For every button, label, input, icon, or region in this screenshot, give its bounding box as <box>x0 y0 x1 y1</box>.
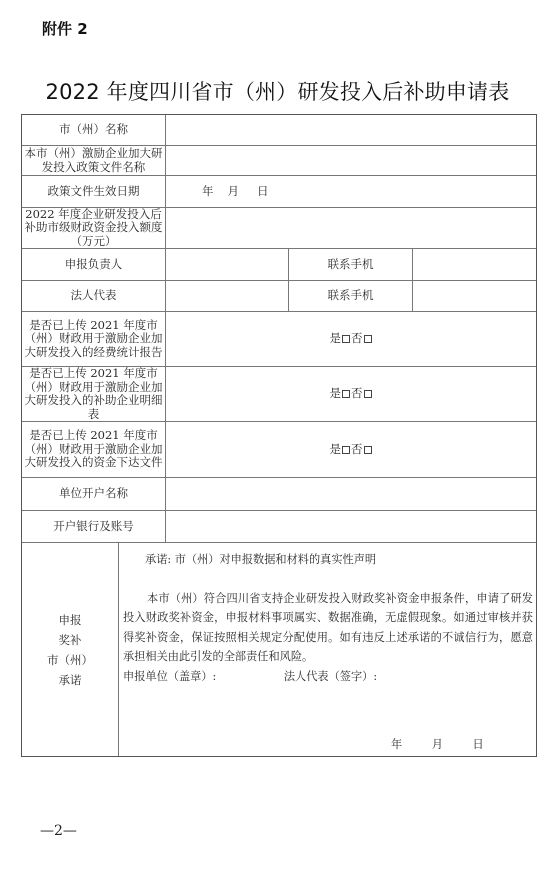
field-bank-account[interactable] <box>166 511 536 542</box>
month-label: 月 <box>432 738 443 751</box>
row-effective-date: 政策文件生效日期 年 月 日 <box>22 176 536 208</box>
field-account-name[interactable] <box>166 478 536 510</box>
pledge-side-label: 申报 奖补 市（州） 承诺 <box>22 543 119 756</box>
row-funding-amount: 2022 年度企业研发投入后补助市级财政资金投入额度（万元） <box>22 208 536 249</box>
label-effective-date: 政策文件生效日期 <box>22 176 166 207</box>
label-applicant-phone: 联系手机 <box>289 249 413 280</box>
field-city-name[interactable] <box>166 115 536 145</box>
no-checkbox[interactable] <box>364 446 372 454</box>
pledge-body: 本市（州）符合四川省支持企业研发投入财政奖补资金申报条件，申请了研发投入财政奖补… <box>123 589 533 667</box>
label-applicant: 申报负责人 <box>22 249 166 280</box>
year-label: 年 <box>202 185 214 199</box>
side-label-line: 承诺 <box>59 670 82 690</box>
yes-checkbox[interactable] <box>342 446 350 454</box>
yes-label: 是 <box>330 387 342 401</box>
field-applicant[interactable] <box>166 249 289 280</box>
unit-seal-label: 申报单位（盖章）: <box>123 670 216 683</box>
year-label: 年 <box>391 738 402 751</box>
legal-rep-sign-label: 法人代表（签字）: <box>284 670 377 683</box>
no-checkbox[interactable] <box>364 335 372 343</box>
row-pledge: 申报 奖补 市（州） 承诺 承诺: 市（州）对申报数据和材料的真实性声明 本市（… <box>22 543 536 756</box>
label-upload-subsidy-detail: 是否已上传 2021 年度市（州）财政用于激励企业加大研发投入的补助企业明细表 <box>22 367 166 421</box>
row-applicant: 申报负责人 联系手机 <box>22 249 536 281</box>
month-label: 月 <box>228 185 240 199</box>
row-upload-subsidy-detail: 是否已上传 2021 年度市（州）财政用于激励企业加大研发投入的补助企业明细表 … <box>22 367 536 422</box>
label-upload-fund-document: 是否已上传 2021 年度市（州）财政用于激励企业加大研发投入的资金下达文件 <box>22 422 166 477</box>
label-funding-amount: 2022 年度企业研发投入后补助市级财政资金投入额度（万元） <box>22 208 166 248</box>
field-applicant-phone[interactable] <box>413 249 536 280</box>
field-legal-rep-phone[interactable] <box>413 281 536 311</box>
side-label-line: 市（州） <box>47 650 93 670</box>
label-legal-rep-phone: 联系手机 <box>289 281 413 311</box>
yes-no-choice: 是 否 <box>166 367 536 421</box>
page-number: —2— <box>40 823 77 839</box>
form-title: 2022 年度四川省市（州）研发投入后补助申请表 <box>0 76 555 106</box>
row-city-name: 市（州）名称 <box>22 115 536 146</box>
field-policy-doc-name[interactable] <box>166 146 536 175</box>
side-label-line: 奖补 <box>59 630 82 650</box>
side-label-line: 申报 <box>59 610 82 630</box>
row-upload-stat-report: 是否已上传 2021 年度市（州）财政用于激励企业加大研发投入的经费统计报告 是… <box>22 312 536 367</box>
row-upload-fund-document: 是否已上传 2021 年度市（州）财政用于激励企业加大研发投入的资金下达文件 是… <box>22 422 536 478</box>
label-legal-rep: 法人代表 <box>22 281 166 311</box>
day-label: 日 <box>473 738 484 751</box>
pledge-date: 年 月 日 <box>391 735 510 755</box>
day-label: 日 <box>257 185 269 199</box>
no-label: 否 <box>351 443 363 457</box>
signature-line: 申报单位（盖章）: 法人代表（签字）: <box>123 667 533 687</box>
row-account-name: 单位开户名称 <box>22 478 536 511</box>
yes-checkbox[interactable] <box>342 335 350 343</box>
no-label: 否 <box>351 332 363 346</box>
field-legal-rep[interactable] <box>166 281 289 311</box>
row-bank-account: 开户银行及账号 <box>22 511 536 543</box>
label-upload-stat-report: 是否已上传 2021 年度市（州）财政用于激励企业加大研发投入的经费统计报告 <box>22 312 166 366</box>
label-account-name: 单位开户名称 <box>22 478 166 510</box>
no-checkbox[interactable] <box>364 390 372 398</box>
field-funding-amount[interactable] <box>166 208 536 248</box>
label-bank-account: 开户银行及账号 <box>22 511 166 542</box>
application-form-table: 市（州）名称 本市（州）激励企业加大研发投入政策文件名称 政策文件生效日期 年 … <box>21 114 537 757</box>
yes-label: 是 <box>330 443 342 457</box>
label-city-name: 市（州）名称 <box>22 115 166 145</box>
attachment-label: 附件 2 <box>42 18 88 39</box>
field-effective-date[interactable]: 年 月 日 <box>166 176 536 207</box>
yes-no-choice: 是 否 <box>166 312 536 366</box>
yes-label: 是 <box>330 332 342 346</box>
pledge-content: 承诺: 市（州）对申报数据和材料的真实性声明 本市（州）符合四川省支持企业研发投… <box>119 543 536 756</box>
pledge-title: 承诺: 市（州）对申报数据和材料的真实性声明 <box>123 550 533 570</box>
row-legal-rep: 法人代表 联系手机 <box>22 281 536 312</box>
yes-no-choice: 是 否 <box>166 422 536 477</box>
label-policy-doc-name: 本市（州）激励企业加大研发投入政策文件名称 <box>22 146 166 175</box>
row-policy-doc-name: 本市（州）激励企业加大研发投入政策文件名称 <box>22 146 536 176</box>
no-label: 否 <box>351 387 363 401</box>
yes-checkbox[interactable] <box>342 390 350 398</box>
